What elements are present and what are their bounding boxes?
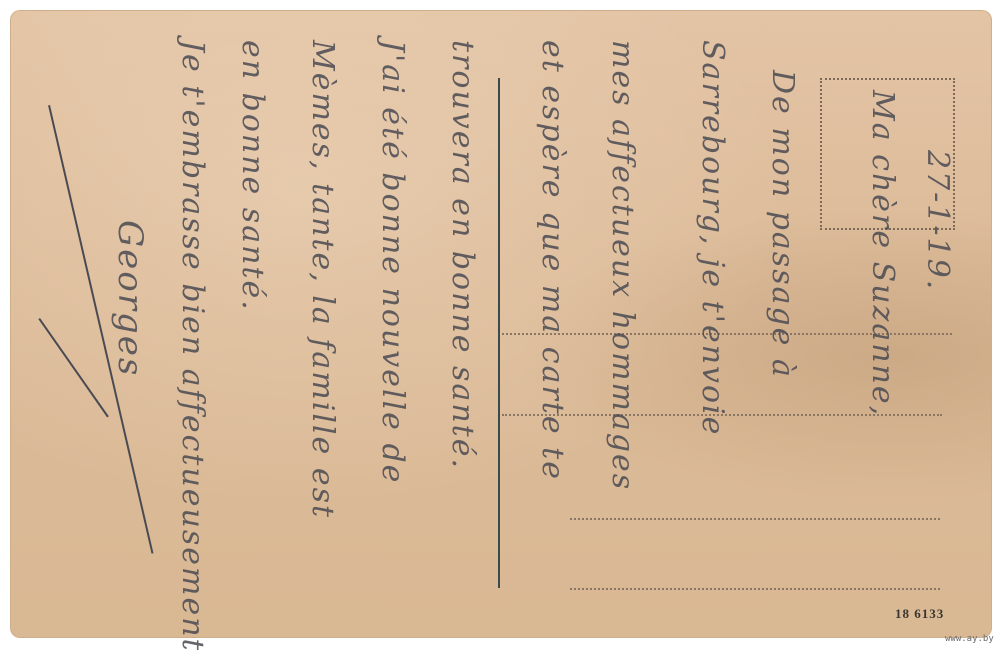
- handwritten-line: Sarrebourg, je t'envoie: [695, 40, 730, 436]
- handwritten-line: J'ai été bonne nouvelle de: [375, 40, 410, 484]
- handwritten-line: trouvera en bonne santé.: [445, 40, 480, 470]
- watermark: www.ay.by: [945, 634, 994, 644]
- handwritten-line: Je t'embrasse bien affectueusement: [175, 40, 210, 650]
- handwritten-date: 27-1-19.: [920, 150, 955, 291]
- handwritten-salutation: Ma chère Suzanne,: [865, 90, 900, 417]
- handwritten-line: mes affectueux hommages: [605, 40, 640, 491]
- handwritten-line: Mèmes, tante, la famille est: [305, 40, 340, 519]
- handwritten-line: De mon passage à: [765, 70, 800, 379]
- handwritten-line: en bonne santé.: [235, 40, 270, 312]
- handwritten-line: et espère que ma carte te: [535, 40, 570, 481]
- signature-flourish: [38, 318, 108, 417]
- address-line: [570, 518, 940, 520]
- address-line: [570, 588, 940, 590]
- postcard: 27-1-19. Ma chère Suzanne, De mon passag…: [10, 10, 992, 638]
- handwritten-signature: Georges: [110, 220, 150, 377]
- center-divider: [498, 78, 500, 588]
- printed-number: 18 6133: [895, 606, 944, 622]
